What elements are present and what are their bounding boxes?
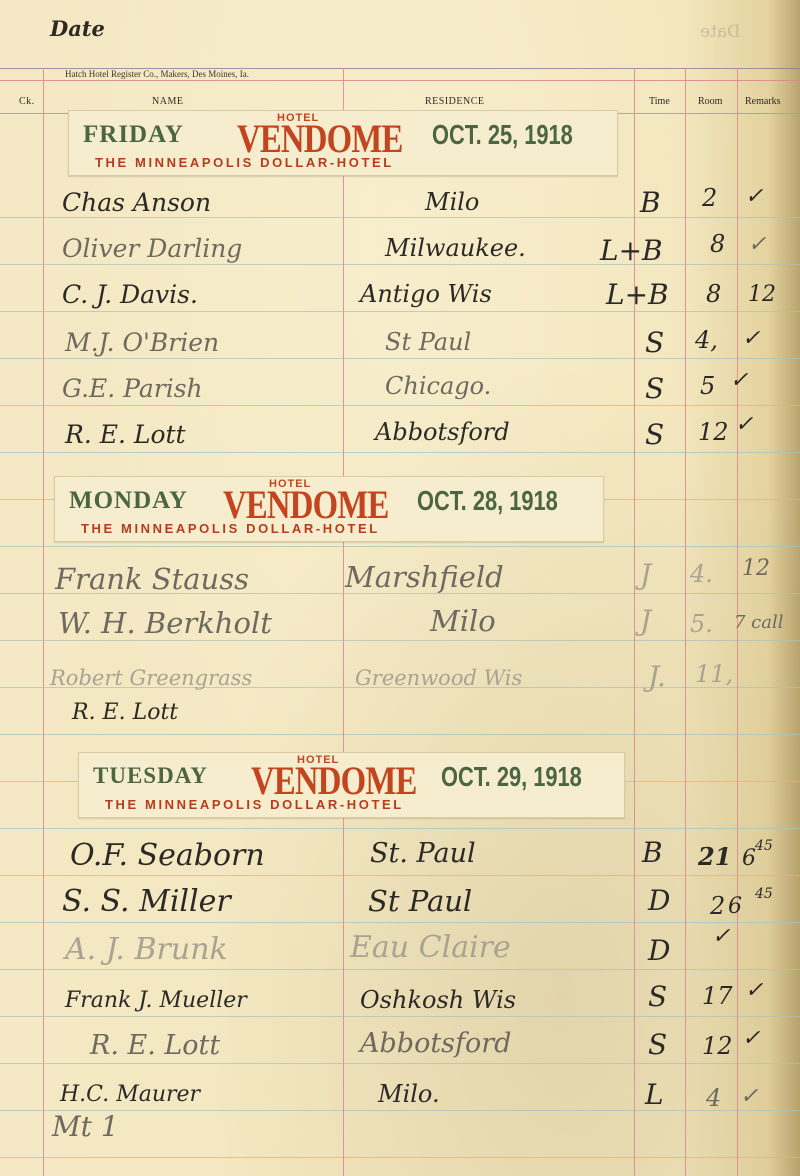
remarks: 6: [728, 894, 742, 919]
guest-name: R. E. Lott: [72, 700, 178, 725]
ruling-line: [0, 969, 800, 970]
column-header-residence: RESIDENCE: [425, 96, 485, 107]
ruling-line: [0, 217, 800, 218]
column-rule-residence: [343, 68, 344, 1176]
column-rule-room: [685, 68, 686, 1176]
guest-residence: St. Paul: [370, 838, 476, 869]
guest-residence: Milo.: [378, 1080, 440, 1108]
stamp-day: MONDAY: [69, 487, 188, 515]
remarks: 6: [742, 846, 756, 871]
remarks: 7 call: [734, 612, 784, 633]
arrival-time: J.: [648, 660, 666, 693]
date-stamp-monday: MONDAY HOTEL VENDOME OCT. 28, 1918 THE M…: [54, 476, 604, 542]
room-number: 8: [706, 280, 721, 308]
ruling-line: [0, 640, 800, 641]
remarks: ✓: [740, 1084, 758, 1109]
ruling-line: [0, 311, 800, 312]
guest-residence: Milo: [430, 604, 496, 638]
guest-name: Frank Stauss: [55, 562, 249, 596]
room-number: 8: [710, 230, 725, 258]
guest-name: Chas Anson: [62, 188, 211, 217]
remarks: ✓: [730, 368, 748, 393]
ruling-line: [0, 264, 800, 265]
remarks: ✓: [735, 412, 753, 437]
guest-residence: Greenwood Wis: [355, 666, 522, 690]
register-page: Date Date Hatch Hotel Register Co., Make…: [0, 0, 800, 1176]
ruling-line: [0, 1110, 800, 1111]
guest-residence: Abbotsford: [360, 1028, 511, 1059]
arrival-time: D: [648, 934, 670, 967]
arrival-time: L+B: [600, 234, 663, 267]
room-number: 5: [700, 372, 715, 400]
remarks-superscript: 45: [755, 838, 773, 854]
ruling-line: [0, 875, 800, 876]
ruling-line: [0, 405, 800, 406]
guest-residence: Oshkosh Wis: [360, 986, 516, 1014]
guest-name: S. S. Miller: [62, 884, 231, 919]
guest-residence: Antigo Wis: [360, 280, 492, 308]
ruling-line: [0, 452, 800, 453]
stamp-tagline: THE MINNEAPOLIS DOLLAR-HOTEL: [95, 155, 394, 170]
remarks: ✓: [748, 232, 766, 257]
arrival-time: B: [642, 836, 663, 869]
date-stamp-friday: FRIDAY HOTEL VENDOME OCT. 25, 1918 THE M…: [68, 110, 618, 176]
room-number: 12: [702, 1032, 733, 1060]
stamp-date: OCT. 29, 1918: [441, 761, 582, 793]
guest-name: G.E. Parish: [62, 374, 203, 403]
guest-name: O.F. Seaborn: [70, 838, 265, 873]
column-header-room: Room: [698, 96, 722, 107]
maker-imprint: Hatch Hotel Register Co., Makers, Des Mo…: [65, 69, 249, 79]
stamp-day: FRIDAY: [83, 121, 184, 149]
arrival-time: J: [640, 604, 651, 637]
arrival-time: S: [648, 980, 667, 1013]
stamp-date: OCT. 28, 1918: [417, 485, 558, 517]
guest-residence: St Paul: [385, 328, 471, 356]
ruling-line: [0, 734, 800, 735]
date-stamp-tuesday: TUESDAY HOTEL VENDOME OCT. 29, 1918 THE …: [78, 752, 625, 818]
guest-name: W. H. Berkholt: [58, 606, 272, 640]
arrival-time: D: [648, 884, 670, 917]
arrival-time: J: [640, 558, 651, 591]
guest-residence: Eau Claire: [350, 930, 511, 965]
column-header-remarks: Remarks: [745, 96, 781, 107]
remarks: ✓: [742, 326, 760, 351]
ruling-line: [0, 546, 800, 547]
ruling-line: [0, 1157, 800, 1158]
room-number: 11,: [695, 660, 733, 688]
arrival-time: B: [640, 186, 661, 219]
ruling-line: [0, 358, 800, 359]
guest-name: Frank J. Mueller: [65, 988, 247, 1013]
guest-residence: Milo: [425, 188, 479, 216]
guest-name: C. J. Davis.: [62, 280, 198, 309]
room-number: 17: [702, 982, 733, 1010]
date-label: Date: [50, 16, 105, 41]
column-rule-ck: [43, 68, 44, 1176]
room-number: 12: [698, 418, 729, 446]
room-number: 4: [706, 1084, 721, 1112]
remarks: ✓: [745, 978, 763, 1003]
stamp-day: TUESDAY: [93, 763, 208, 789]
arrival-time: S: [645, 418, 664, 451]
guest-name: R. E. Lott: [65, 420, 186, 449]
arrival-time: S: [645, 326, 664, 359]
ruling-line: [0, 922, 800, 923]
arrival-time: L: [645, 1078, 664, 1111]
guest-residence: Chicago.: [385, 372, 491, 400]
stamp-tagline: THE MINNEAPOLIS DOLLAR-HOTEL: [81, 521, 380, 536]
guest-residence: Milwaukee.: [385, 234, 526, 262]
guest-name: M.J. O'Brien: [65, 328, 219, 357]
remarks: 12: [742, 556, 770, 581]
room-number: 4.: [690, 560, 713, 588]
date-label-bleedthrough: Date: [700, 22, 741, 42]
remarks: ✓: [745, 184, 763, 209]
ruling-line: [0, 828, 800, 829]
header-rule: [0, 80, 800, 81]
column-header-time: Time: [649, 96, 670, 107]
guest-name: Robert Greengrass: [50, 666, 252, 690]
room-number: 2: [702, 184, 717, 212]
remarks: 12: [748, 282, 776, 307]
room-number: 21: [698, 842, 731, 871]
arrival-time: S: [648, 1028, 667, 1061]
guest-name: Oliver Darling: [62, 234, 242, 263]
ruling-line: [0, 1016, 800, 1017]
column-header-ck: Ck.: [19, 96, 35, 107]
arrival-time: L+B: [606, 278, 669, 311]
guest-name: R. E. Lott: [90, 1030, 220, 1061]
room-number: 5.: [690, 610, 713, 638]
room-number: 4,: [695, 326, 718, 354]
guest-residence: Marshfield: [345, 560, 504, 594]
stamp-date: OCT. 25, 1918: [432, 119, 573, 151]
remarks-superscript: 45: [755, 886, 773, 902]
column-header-name: NAME: [152, 96, 183, 107]
guest-name: H.C. Maurer: [60, 1082, 200, 1107]
guest-name: A. J. Brunk: [65, 932, 228, 967]
arrival-time: S: [645, 372, 664, 405]
margin-note: Mt 1: [52, 1110, 119, 1143]
stamp-tagline: THE MINNEAPOLIS DOLLAR-HOTEL: [105, 797, 404, 812]
remarks: ✓: [742, 1026, 760, 1051]
room-number: 2: [710, 892, 725, 920]
ruling-line: [0, 1063, 800, 1064]
remarks: ✓: [712, 924, 730, 949]
guest-residence: St Paul: [368, 884, 472, 918]
guest-residence: Abbotsford: [375, 418, 510, 446]
